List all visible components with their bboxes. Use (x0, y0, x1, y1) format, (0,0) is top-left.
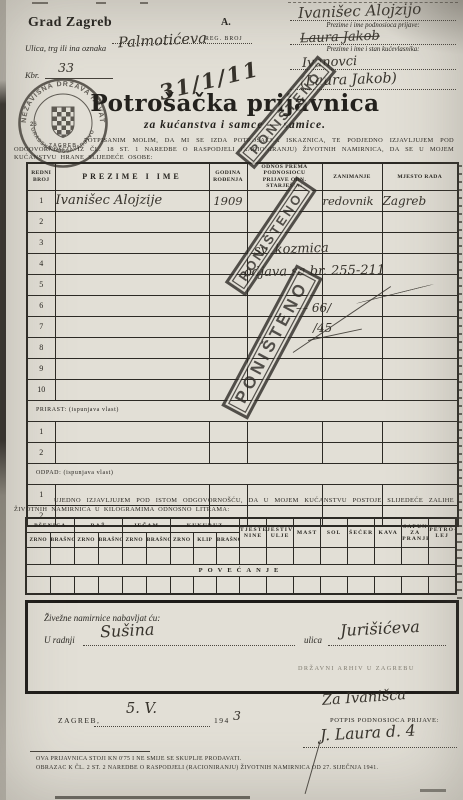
person-cell-year (209, 232, 247, 253)
person-cell-num: 8 (27, 337, 55, 358)
persons-header-row: REDNI BROJ PREZIME I IME GODINA ROĐENJA … (27, 163, 458, 190)
signature-value-handwriting: J. Laura d. 4 (320, 722, 416, 745)
supplies-cell (239, 577, 266, 595)
persons-tbody: 1Ivanišec Alojzije1909redovnikZagreb2345… (27, 190, 458, 526)
stamp-number: 26 (30, 122, 37, 128)
scan-mark (140, 2, 148, 4)
supplies-cell (146, 548, 170, 565)
person-row: 1Ivanišec Alojzije1909redovnikZagreb (27, 190, 458, 211)
prirast-cell (209, 442, 247, 463)
supplies-cell (146, 577, 170, 595)
supplies-cell (98, 548, 122, 565)
prirast-cell (247, 442, 322, 463)
applicant-line (290, 20, 456, 21)
prirast-cell (322, 421, 382, 442)
person-cell-year (209, 295, 247, 316)
supplies-cell (402, 548, 429, 565)
supplies-cell (402, 577, 429, 595)
supplies-body: POVEĆANJE (26, 548, 456, 595)
scan-mark (420, 789, 446, 792)
supplies-cell (170, 577, 193, 595)
shop-label: U radnji (44, 635, 75, 645)
person-row: 3 (27, 232, 458, 253)
shop-declaration-box: Živežne namirnice nabavljat ću: U radnji… (25, 600, 459, 694)
year-value-handwriting: 3 (233, 708, 241, 723)
scan-mark (32, 2, 48, 4)
person-cell-name (55, 211, 209, 232)
supplies-group-header: PŠENICA (26, 518, 74, 533)
person-cell-num: 2 (27, 211, 55, 232)
kbr-value-handwriting: 33 (58, 60, 74, 75)
supplies-group-header: TJESTE- NINE (239, 518, 266, 548)
supplies-data-row (26, 577, 456, 595)
col-header-zanimanje: ZANIMANJE (322, 163, 382, 190)
supplies-cell (348, 548, 375, 565)
person-cell-place (382, 232, 458, 253)
prirast-cell (322, 442, 382, 463)
col-header-prezime-ime: PREZIME I IME (55, 163, 209, 190)
supplies-cell (193, 577, 216, 595)
supplies-group-header: KAVA (375, 518, 402, 548)
date-value-handwriting: 5. V. (126, 701, 157, 717)
supplies-cell (193, 548, 216, 565)
supplies-cell (321, 548, 348, 565)
supplies-sub-header: BRAŠNO (50, 533, 74, 548)
shop-street-label: ulica (304, 635, 322, 645)
person-cell-name (55, 358, 209, 379)
persons-table: REDNI BROJ PREZIME I IME GODINA ROĐENJA … (26, 162, 459, 527)
person-cell-occupation: redovnik (322, 190, 382, 211)
person-cell-num: 6 (27, 295, 55, 316)
supplies-cell (74, 577, 98, 595)
person-cell-name (55, 253, 209, 274)
supplies-cell (348, 577, 375, 595)
person-cell-num: 4 (27, 253, 55, 274)
person-cell-name (55, 337, 209, 358)
signature-line (303, 747, 457, 748)
person-row: 7 (27, 316, 458, 337)
supplies-cell (429, 548, 456, 565)
reg-number-label: REG. BROJ (205, 36, 243, 42)
person-row: 2 (27, 211, 458, 232)
person-row: 6 (27, 295, 458, 316)
supplies-group-header: JEČAM (122, 518, 170, 533)
person-cell-place (382, 211, 458, 232)
shop-line (83, 645, 295, 646)
supplies-cell (375, 548, 402, 565)
supplies-cell (321, 577, 348, 595)
person-cell-place (382, 316, 458, 337)
odpad-label-row: ODPAD: (ispunjava vlast) (27, 463, 458, 484)
scan-mark (96, 2, 106, 4)
prirast-row: 2 (27, 442, 458, 463)
supplies-cell (216, 548, 239, 565)
supplies-group-header: KUKURUZ (170, 518, 239, 533)
person-cell-occupation (322, 379, 382, 400)
person-cell-place (382, 253, 458, 274)
supplies-group-row: PŠENICARAŽJEČAMKUKURUZTJESTE- NINEJESTIV… (26, 518, 456, 533)
supplies-sub-header: ZRNO (26, 533, 50, 548)
person-cell-occupation (322, 232, 382, 253)
supplies-cell (122, 577, 146, 595)
archive-stamp-text: DRŽAVNI ARHIV U ZAGREBU (298, 665, 415, 672)
prirast-num: 2 (27, 442, 55, 463)
section-letter: A. (221, 17, 231, 28)
supplies-cell (429, 577, 456, 595)
supplies-cell (375, 577, 402, 595)
person-cell-place: Zagreb (382, 190, 458, 211)
shop-street-line (328, 645, 446, 646)
supplies-cell (170, 548, 193, 565)
supplies-cell (26, 548, 50, 565)
person-cell-num: 1 (27, 190, 55, 211)
prirast-cell (247, 421, 322, 442)
scanned-form-page: Grad Zagreb A. REG. BROJ Ulica, trg ili … (0, 0, 463, 800)
person-row: 8 (27, 337, 458, 358)
street-line (112, 43, 252, 44)
person-cell-year (209, 211, 247, 232)
supplies-group-header: ŠEĆER (348, 518, 375, 548)
person-cell-num: 3 (27, 232, 55, 253)
prirast-cell (382, 421, 458, 442)
supplies-group-header: PETRO- LEJ (429, 518, 456, 548)
footer-note-2: OBRAZAC K ČL. 2 ST. 2 NAREDBE O RASPODJE… (36, 765, 378, 771)
supplies-cell (50, 577, 74, 595)
person-cell-name (55, 316, 209, 337)
person-cell-year: 1909 (209, 190, 247, 211)
prirast-row: 1 (27, 421, 458, 442)
supplies-cell (26, 577, 50, 595)
person-cell-name (55, 379, 209, 400)
shop-value-handwriting: Sušina (100, 620, 155, 642)
supplies-head: PŠENICARAŽJEČAMKUKURUZTJESTE- NINEJESTIV… (26, 518, 456, 548)
date-line (94, 726, 210, 727)
person-cell-occupation (322, 358, 382, 379)
supplies-group-header: JESTIVO ULJE (267, 518, 294, 548)
person-cell-occupation (322, 337, 382, 358)
person-cell-name: Ivanišec Alojzije (55, 190, 209, 211)
person-cell-name (55, 232, 209, 253)
prirast-cell (209, 421, 247, 442)
street-value-handwriting: Palmotićeva (118, 31, 208, 52)
person-cell-occupation (322, 211, 382, 232)
person-cell-num: 9 (27, 358, 55, 379)
povecanje-row: POVEĆANJE (26, 565, 456, 577)
supplies-cell (98, 577, 122, 595)
owner-label: Prezime i ime i stan kućevlasnika: (290, 46, 456, 53)
person-cell-place (382, 379, 458, 400)
person-cell-num: 7 (27, 316, 55, 337)
supplies-cell (294, 548, 321, 565)
supplies-group-header: SAPUN ZA PRANJE (402, 518, 429, 548)
supplies-cell (239, 548, 266, 565)
person-cell-place (382, 337, 458, 358)
person-cell-place (382, 295, 458, 316)
supplies-sub-header: ZRNO (122, 533, 146, 548)
supplies-sub-header: BRAŠNO (146, 533, 170, 548)
supplies-cell (216, 577, 239, 595)
col-header-mjesto-rada: MJESTO RADA (382, 163, 458, 190)
supplies-group-header: MAST (294, 518, 321, 548)
person-cell-name (55, 274, 209, 295)
supplies-intro: UJEDNO IZJAVLJUJEM POD ISTOM ODGOVORNOŠĆ… (14, 497, 454, 514)
person-cell-place (382, 274, 458, 295)
prirast-cell (382, 442, 458, 463)
supplies-cell (294, 577, 321, 595)
prirast-cell (55, 421, 209, 442)
supplies-sub-header: BRAŠNO (216, 533, 239, 548)
form-title: Potrošačka prijavnica (70, 90, 400, 117)
supplies-sub-header: BRAŠNO (98, 533, 122, 548)
supplies-group-header: RAŽ (74, 518, 122, 533)
street-label: Ulica, trg ili ina oznaka (25, 43, 106, 53)
footer-note-1: OVA PRIJAVNICA STOJI KN 0'75 I NE SMIJE … (36, 756, 242, 762)
scan-mark-bottom (55, 796, 250, 799)
supplies-sub-header: ZRNO (170, 533, 193, 548)
form-subtitle: za kućanstva i samce — samice. (70, 119, 400, 131)
supplies-cell (74, 548, 98, 565)
person-cell-year (209, 337, 247, 358)
col-header-godina: GODINA ROĐENJA (209, 163, 247, 190)
place-label: ZAGREB, (58, 716, 100, 725)
supplies-group-header: SOL (321, 518, 348, 548)
supplies-data-row (26, 548, 456, 565)
city-title: Grad Zagreb (28, 15, 112, 31)
supplies-cell (50, 548, 74, 565)
scan-edge-left (0, 0, 6, 800)
person-cell-num: 5 (27, 274, 55, 295)
prirast-num: 1 (27, 421, 55, 442)
col-header-redni-broj: REDNI BROJ (27, 163, 55, 190)
shop-street-value-handwriting: Jurišićeva (340, 617, 421, 640)
supplies-cell (267, 577, 294, 595)
prirast-cell (55, 442, 209, 463)
person-cell-name (55, 295, 209, 316)
intro-paragraph: POTPISANIM MOLIM, DA MI SE IZDA POTROŠAČ… (14, 137, 454, 163)
person-cell-year (209, 316, 247, 337)
year-prefix: 194 (214, 716, 230, 725)
supplies-sub-header: KLIP (193, 533, 216, 548)
odpad-label: ODPAD: (ispunjava vlast) (27, 463, 458, 484)
povecanje-label: POVEĆANJE (26, 565, 456, 577)
footer-rule (30, 751, 150, 752)
person-cell-place (382, 358, 458, 379)
crossed-line (290, 44, 456, 45)
supplies-table: PŠENICARAŽJEČAMKUKURUZTJESTE- NINEJESTIV… (25, 517, 457, 595)
supplies-cell (267, 548, 294, 565)
supplies-cell (122, 548, 146, 565)
supplies-sub-header: ZRNO (74, 533, 98, 548)
person-cell-num: 10 (27, 379, 55, 400)
